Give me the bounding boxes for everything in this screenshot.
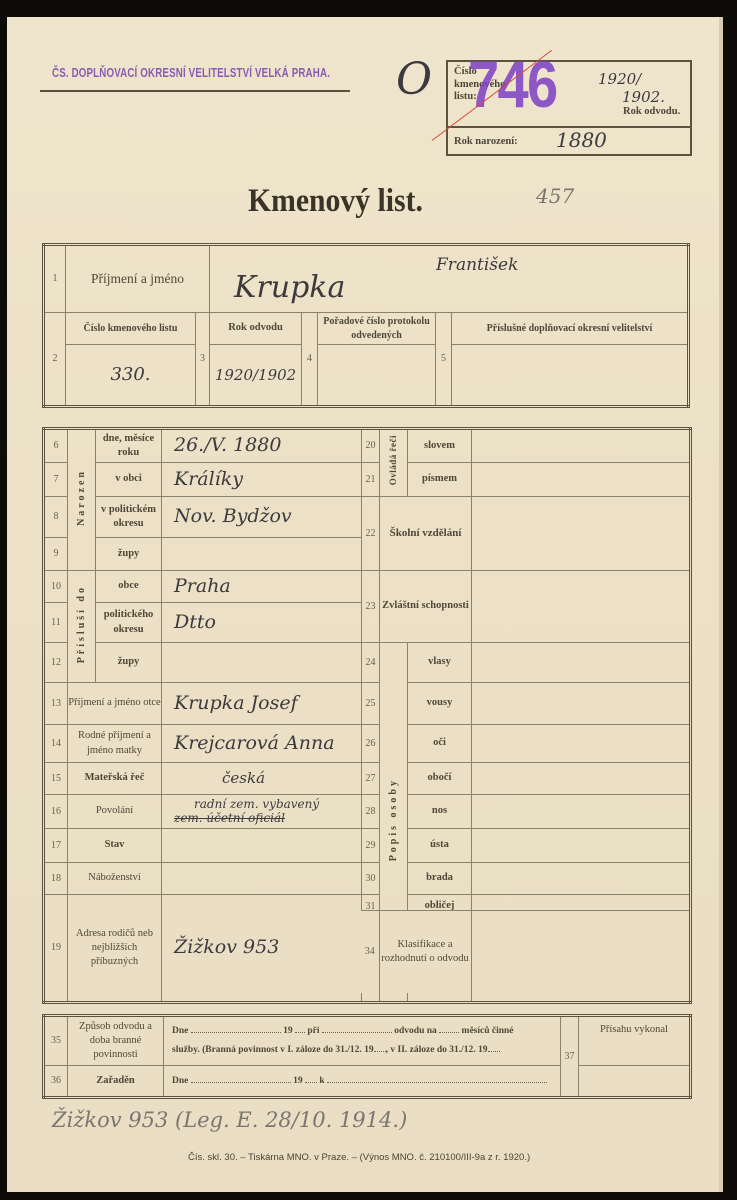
field-label: dne, měsíce roku: [96, 429, 162, 463]
row-num: 23: [362, 571, 380, 643]
education-value: [472, 497, 691, 571]
group-language: Ovládá řeči: [380, 429, 408, 497]
row-2-5-values: 330. 1920/1902: [44, 345, 689, 407]
row-num: 14: [44, 725, 68, 763]
stamp-rule: [40, 90, 350, 92]
year-label: Rok odvodu.: [623, 106, 680, 117]
oath-cell: Přísahu vykonal: [579, 1016, 691, 1066]
text: Dne: [172, 1076, 188, 1086]
nose-value: [472, 795, 691, 829]
row-num: 12: [44, 643, 68, 683]
religion-value: [162, 863, 362, 895]
birth-county-value: [162, 538, 362, 571]
domicile-district-value: Dtto: [162, 603, 362, 643]
classification-row: 34 Klasifikace a rozhodnutí o odvodu: [361, 910, 689, 993]
name-label: Příjmení a jméno: [66, 245, 210, 313]
service-table: 35 Způsob odvodu a doba branné povinnost…: [42, 1014, 692, 1099]
chin-value: [472, 863, 691, 895]
row-num: 6: [44, 429, 68, 463]
field-label: župy: [96, 643, 162, 683]
eyes-value: [472, 725, 691, 763]
row-num: 15: [44, 763, 68, 795]
footer-hand-note: Žižkov 953 (Leg. E. 28/10. 1914.): [52, 1108, 407, 1132]
identity-table: 1 Příjmení a jméno Krupka František 2 Čí…: [42, 243, 690, 408]
field-label: Náboženství: [68, 863, 162, 895]
group-label: Popis osoby: [387, 778, 401, 861]
row-num: 36: [44, 1066, 68, 1098]
row-num: 26: [362, 725, 380, 763]
field-label: Adresa rodičů neb nejbližších příbuzných: [68, 895, 162, 1003]
unit-stamp: ČS. DOPLŇOVACÍ OKRESNÍ VELITELSTVÍ VELKÁ…: [52, 66, 330, 80]
draft-year-value: 1920/1902: [210, 345, 302, 407]
field-label: brada: [408, 863, 472, 895]
oath-value: [579, 1066, 691, 1098]
row-num: 1: [44, 245, 66, 313]
col-label: Rok odvodu: [210, 313, 302, 345]
field-label: v politickém okresu: [96, 497, 162, 538]
mother-name-value: Krejcarová Anna: [162, 725, 362, 763]
row-num: 16: [44, 795, 68, 829]
field-label: vousy: [408, 683, 472, 725]
firstname-value: František: [436, 254, 518, 277]
protocol-number-value: [318, 345, 436, 407]
row-num: 13: [44, 683, 68, 725]
field-label: v obci: [96, 463, 162, 497]
row-num: 11: [44, 603, 68, 643]
print-info: Čís. skl. 30. – Tiskárna MNO. v Praze. –…: [188, 1152, 530, 1163]
domicile-county-value: [162, 643, 362, 683]
row-num: 34: [361, 911, 379, 994]
birth-year-value: 1880: [556, 128, 607, 152]
name-value: Krupka František: [210, 245, 689, 313]
field-label: Klasifikace a rozhodnutí o odvodu: [379, 911, 471, 994]
field-label: politického okresu: [96, 603, 162, 643]
row-1: 1 Příjmení a jméno Krupka František: [44, 245, 689, 313]
assignment-value: Dne 19 k: [164, 1066, 561, 1098]
row-2-5-headers: 2 Číslo kmenového listu 3 Rok odvodu 4 P…: [44, 313, 689, 345]
row-num: 17: [44, 829, 68, 863]
year-top-value: 1920/: [598, 70, 641, 88]
hair-value: [472, 643, 691, 683]
row-num: 3: [196, 313, 210, 407]
father-name-value: Krupka Josef: [162, 683, 362, 725]
field-label: písmem: [408, 463, 472, 497]
row-num: 30: [362, 863, 380, 895]
field-label: Mateřská řeč: [68, 763, 162, 795]
birth-place-value: Králíky: [162, 463, 362, 497]
district-command-value: [452, 345, 689, 407]
scan-edge: [0, 1192, 737, 1200]
field-label: obce: [96, 571, 162, 603]
text: odvodu na: [394, 1026, 437, 1036]
row-num: 10: [44, 571, 68, 603]
row-num: 27: [362, 763, 380, 795]
list-number-value: 330.: [66, 345, 196, 407]
language-spoken-value: [472, 429, 691, 463]
text: Dne: [172, 1026, 188, 1036]
parents-address-value: Žižkov 953: [162, 895, 362, 1003]
row-num: 37: [561, 1016, 579, 1098]
group-prislusi: Přísluší do: [68, 571, 96, 683]
service-terms-value: Dne 19 při odvodu na měsíců činné služby…: [164, 1016, 561, 1066]
text: měsíců činné: [462, 1026, 514, 1036]
row-num: 29: [362, 829, 380, 863]
field-label: Školní vzdělání: [380, 497, 472, 571]
birth-date-value: 26./V. 1880: [162, 429, 362, 463]
field-label: oči: [408, 725, 472, 763]
occupation-text: radní zem. vybavený: [174, 798, 361, 811]
col-label: Pořadové číslo protokolu odvedených: [318, 313, 436, 345]
text: 19: [293, 1076, 303, 1086]
text: při: [307, 1026, 319, 1036]
title-note: 457: [536, 184, 574, 208]
field-label: Zvláštní schopnosti: [380, 571, 472, 643]
field-label: Stav: [68, 829, 162, 863]
row-num: 22: [362, 497, 380, 571]
mouth-value: [472, 829, 691, 863]
eyebrows-value: [472, 763, 691, 795]
text: , v II. záloze do 31./12. 19: [386, 1045, 488, 1055]
field-label: nos: [408, 795, 472, 829]
mother-tongue-value: česká: [162, 763, 362, 795]
marital-status-value: [162, 829, 362, 863]
text: 19: [283, 1026, 293, 1036]
language-written-value: [472, 463, 691, 497]
field-label: Povolání: [68, 795, 162, 829]
year-bottom-value: 1902.: [622, 88, 665, 106]
field-label: Způsob odvodu a doba branné povinnosti: [68, 1016, 164, 1066]
row-num: 7: [44, 463, 68, 497]
row-num: 5: [436, 313, 452, 407]
row-num: 25: [362, 683, 380, 725]
text: k: [319, 1076, 324, 1086]
row-num: 9: [44, 538, 68, 571]
surname-value: Krupka: [234, 268, 345, 309]
row-num: 21: [362, 463, 380, 497]
birth-year-label: Rok narození:: [454, 136, 518, 147]
text: služby. (Branná povinnost v I. záloze do…: [172, 1045, 374, 1055]
row-num: 20: [362, 429, 380, 463]
row-num: 4: [302, 313, 318, 407]
field-label: vlasy: [408, 643, 472, 683]
field-label: Zařaděn: [68, 1066, 164, 1098]
group-narozen: Narozen: [68, 429, 96, 571]
field-label: Přísahu vykonal: [600, 1024, 668, 1035]
field-label: slovem: [408, 429, 472, 463]
field-label: Rodné příjmení a jméno matky: [68, 725, 162, 763]
field-label: župy: [96, 538, 162, 571]
special-skills-value: [472, 571, 691, 643]
occupation-value: radní zem. vybavený zem. účetní oficiál: [162, 795, 362, 829]
occupation-struck-text: zem. účetní oficiál: [174, 812, 361, 825]
beard-value: [472, 683, 691, 725]
group-label: Přísluší do: [75, 585, 89, 663]
row-num: 2: [44, 313, 66, 407]
row-num: 24: [362, 643, 380, 683]
col-label: Číslo kmenového listu: [66, 313, 196, 345]
col-label: Příslušné doplňovací okresní velitelství: [452, 313, 689, 345]
field-label: ústa: [408, 829, 472, 863]
group-label: Narozen: [75, 469, 89, 526]
row-num: 8: [44, 497, 68, 538]
birth-district-value: Nov. Bydžov: [162, 497, 362, 538]
page-title: Kmenový list.: [248, 183, 423, 220]
row-num: 35: [44, 1016, 68, 1066]
group-label: Ovládá řeči: [387, 435, 399, 485]
row-num: 19: [44, 895, 68, 1003]
classification-value: [471, 911, 689, 994]
hand-mark: O: [396, 54, 432, 105]
row-num: 18: [44, 863, 68, 895]
domicile-town-value: Praha: [162, 571, 362, 603]
field-label: Příjmení a jméno otce: [68, 683, 162, 725]
field-label: obočí: [408, 763, 472, 795]
row-num: 28: [362, 795, 380, 829]
